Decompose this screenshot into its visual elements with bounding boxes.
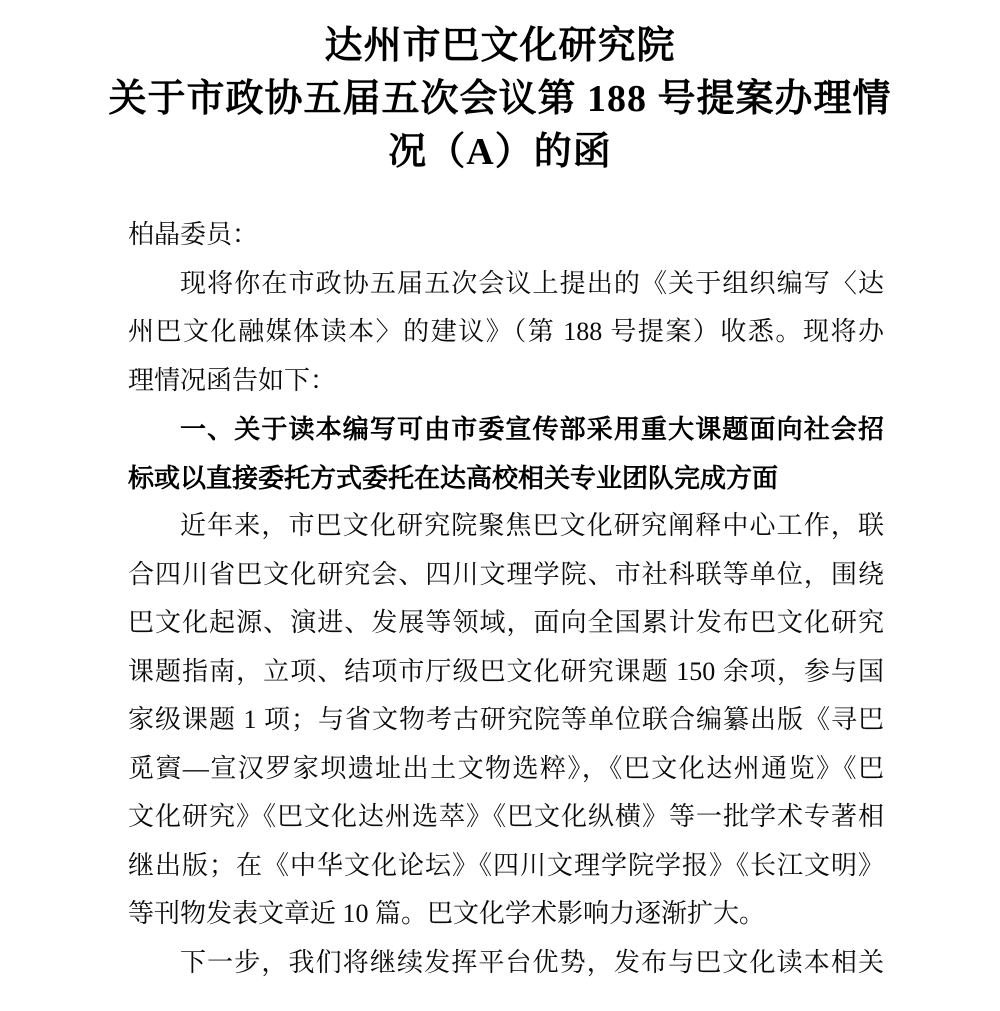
body-line-12: 文化研究》《巴文化达州选萃》《巴文化纵横》等一批学术专著相	[128, 793, 884, 842]
body-line-3: 理情况函告如下：	[128, 357, 884, 406]
salutation: 柏晶委员：	[128, 211, 884, 260]
body-line-11: 觅賨—宣汉罗家坝遗址出土文物选粹》，《巴文化达州通览》《巴	[128, 745, 884, 794]
body-line-15: 下一步，我们将继续发挥平台优势，发布与巴文化读本相关	[128, 939, 884, 988]
document-body: 柏晶委员： 现将你在市政协五届五次会议上提出的《关于组织编写〈达 州巴文化融媒体…	[128, 211, 884, 987]
body-line-9: 课题指南，立项、结项市厅级巴文化研究课题 150 余项，参与国	[128, 648, 884, 697]
title-line-subject-1: 关于市政协五届五次会议第 188 号提案办理情	[0, 73, 1000, 126]
body-line-7: 合四川省巴文化研究会、四川文理学院、市社科联等单位，围绕	[128, 551, 884, 600]
body-line-10: 家级课题 1 项；与省文物考古研究院等单位联合编纂出版《寻巴	[128, 696, 884, 745]
body-line-6: 近年来，市巴文化研究院聚焦巴文化研究阐释中心工作，联	[128, 502, 884, 551]
section-heading-line-1: 一、关于读本编写可由市委宣传部采用重大课题面向社会招	[128, 405, 884, 454]
section-heading-line-2: 标或以直接委托方式委托在达高校相关专业团队完成方面	[128, 454, 884, 503]
body-line-1: 现将你在市政协五届五次会议上提出的《关于组织编写〈达	[128, 260, 884, 309]
document-page: 达州市巴文化研究院 关于市政协五届五次会议第 188 号提案办理情 况（A）的函…	[0, 0, 1000, 1011]
title-line-subject-2: 况（A）的函	[0, 126, 1000, 179]
body-line-2: 州巴文化融媒体读本〉的建议》（第 188 号提案）收悉。现将办	[128, 308, 884, 357]
document-title: 达州市巴文化研究院 关于市政协五届五次会议第 188 号提案办理情 况（A）的函	[0, 0, 1000, 179]
body-line-13: 继出版；在《中华文化论坛》《四川文理学院学报》《长江文明》	[128, 842, 884, 891]
title-line-org: 达州市巴文化研究院	[0, 20, 1000, 73]
body-line-8: 巴文化起源、演进、发展等领域，面向全国累计发布巴文化研究	[128, 599, 884, 648]
body-line-14: 等刊物发表文章近 10 篇。巴文化学术影响力逐渐扩大。	[128, 890, 884, 939]
